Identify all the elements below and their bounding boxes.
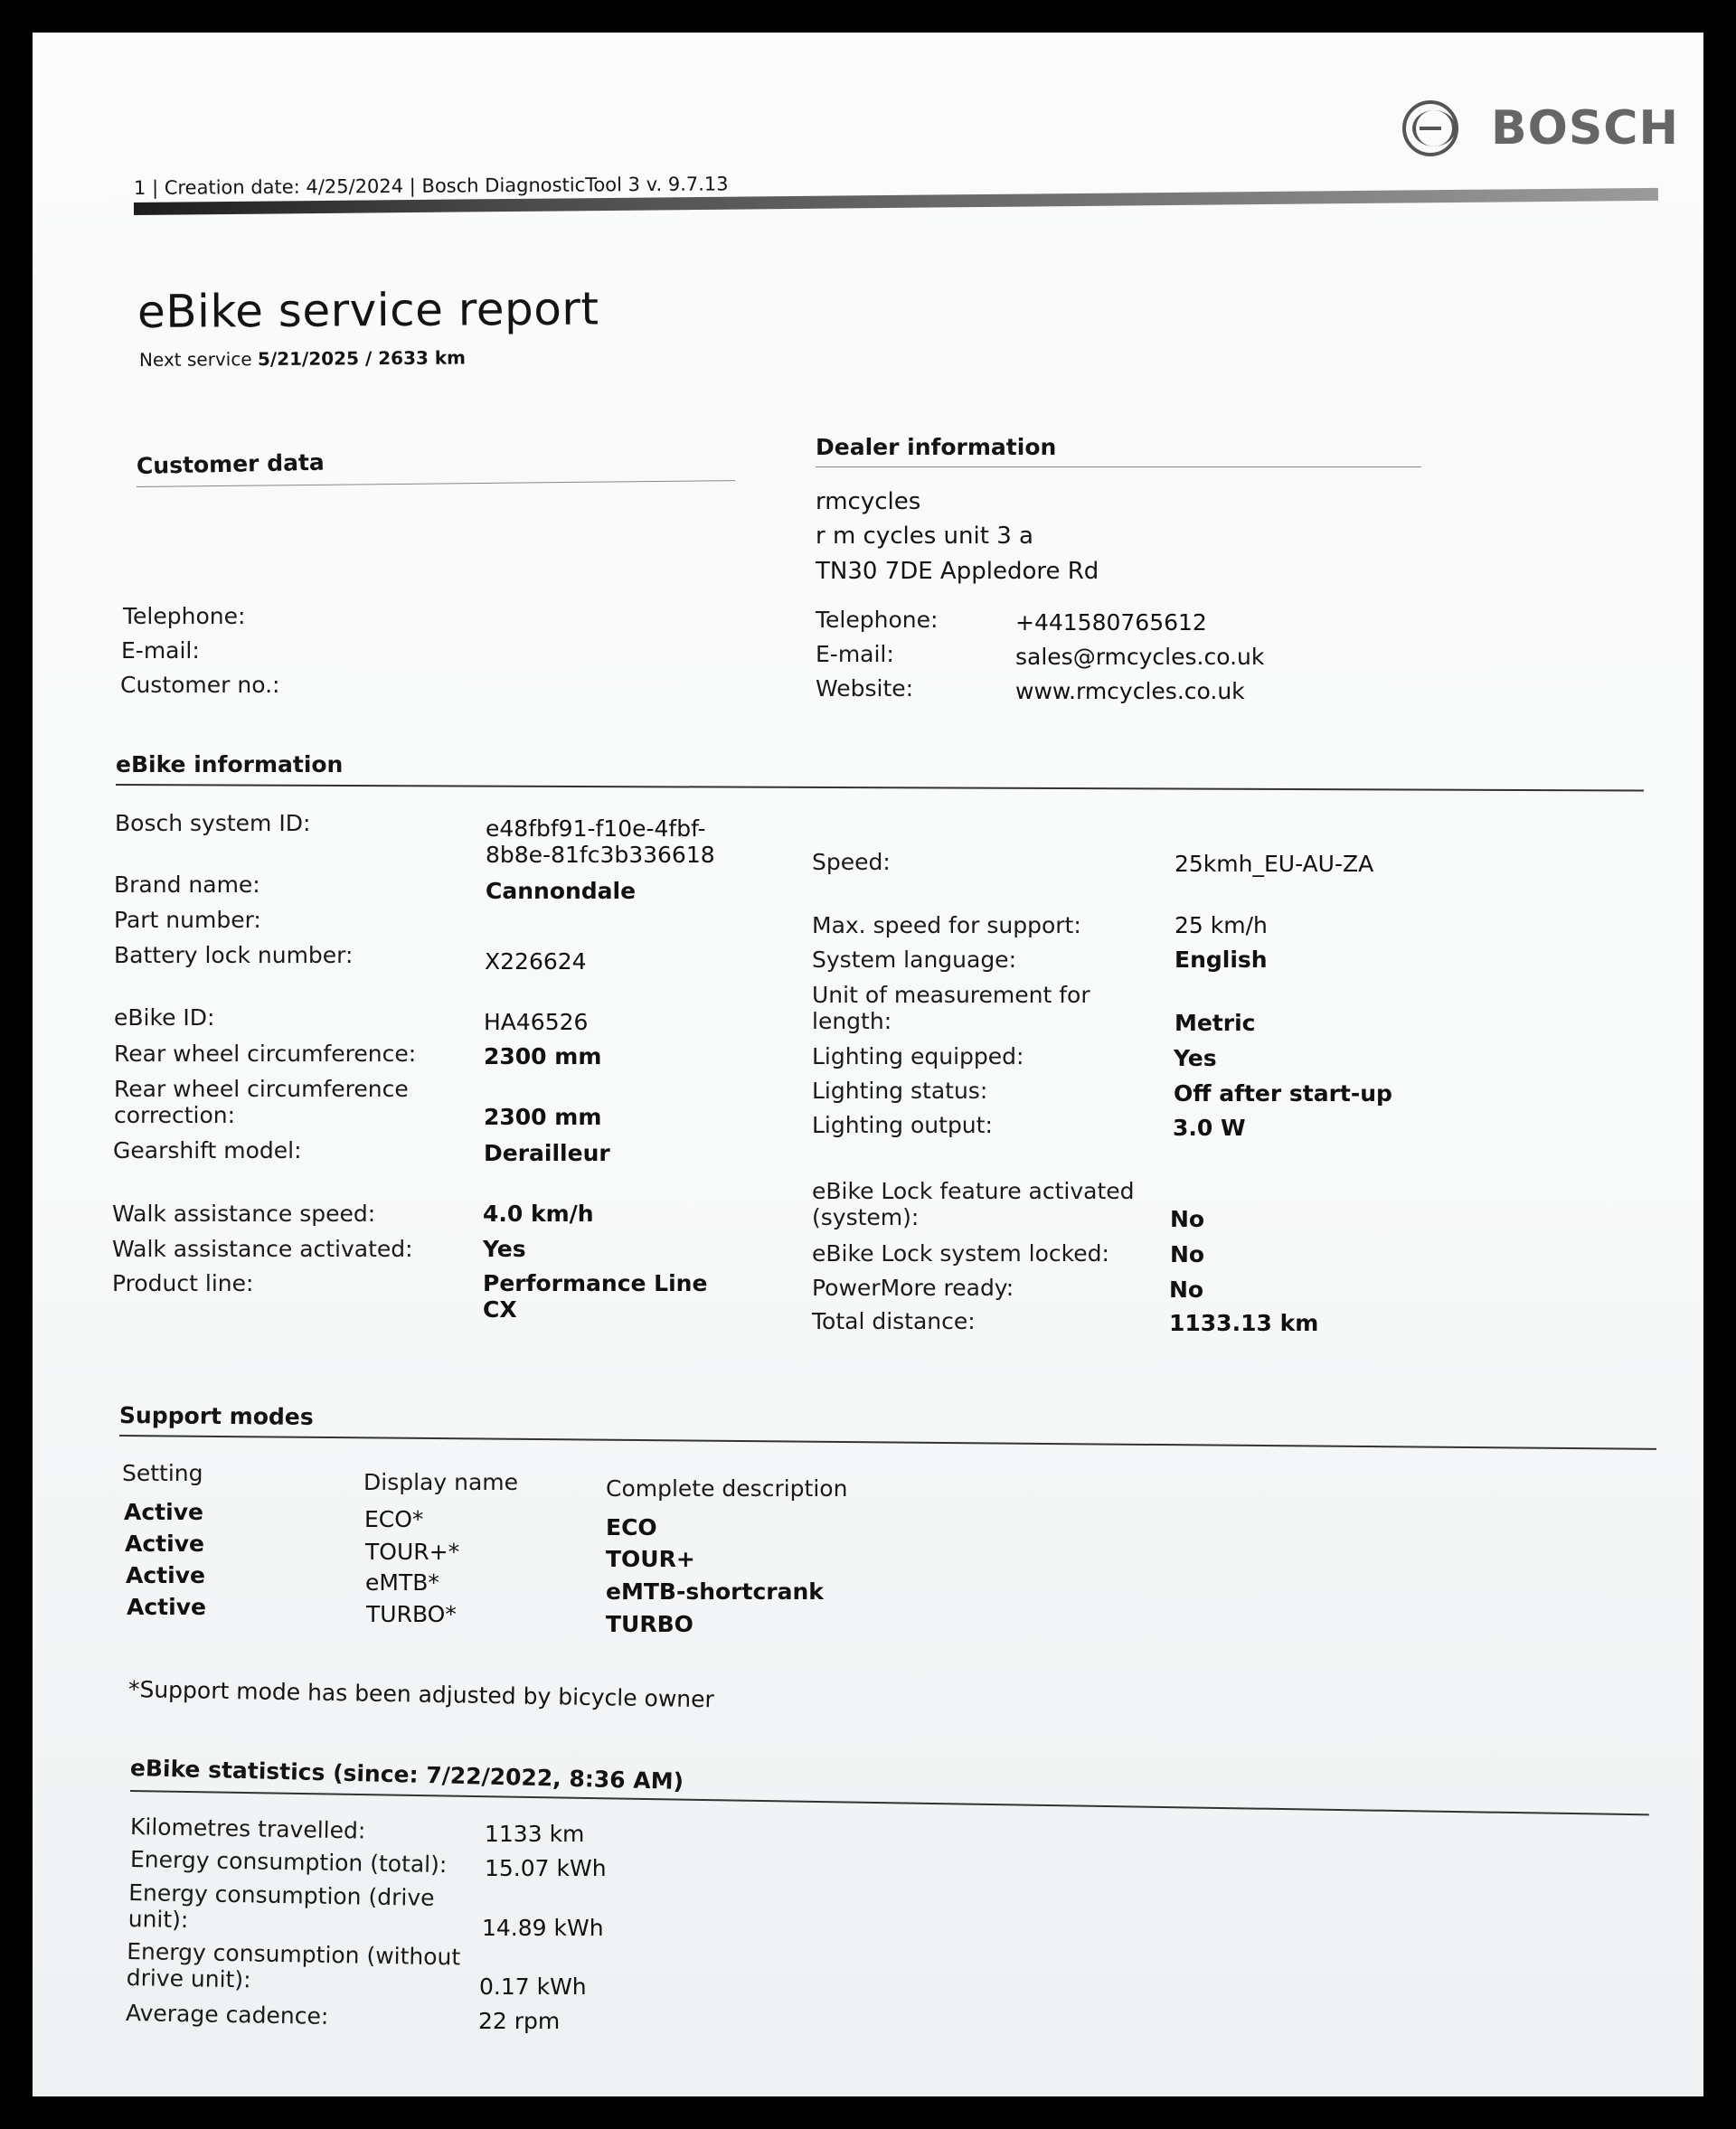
brand-name-value: Cannondale [486, 878, 636, 904]
max-speed-support-label: Max. speed for support: [812, 912, 1081, 938]
gearshift-model-label: Gearshift model: [113, 1137, 302, 1163]
ebike-lock-locked-value: No [1170, 1241, 1204, 1267]
support-modes-heading: Support modes [119, 1402, 314, 1430]
customer-email-label: E-mail: [121, 637, 200, 664]
energy-drive-unit-value: 14.89 kWh [482, 1915, 604, 1941]
statistics-heading: eBike statistics (since: 7/22/2022, 8:36… [130, 1755, 684, 1795]
lighting-status-value: Off after start-up [1174, 1080, 1392, 1107]
dealer-website-value[interactable]: www.rmcycles.co.uk [1015, 678, 1245, 704]
statistics-rule [130, 1790, 1649, 1815]
max-speed-support-value: 25 km/h [1175, 912, 1268, 938]
lighting-output-label: Lighting output: [812, 1112, 993, 1138]
dealer-telephone-value[interactable]: +441580765612 [1015, 609, 1207, 636]
product-line-value: Performance Line CX [483, 1270, 709, 1323]
average-cadence-value: 22 rpm [478, 2008, 560, 2034]
column-header-display-name: Display name [363, 1469, 518, 1495]
mode-description: TURBO [606, 1611, 693, 1637]
average-cadence-label: Average cadence: [126, 2000, 329, 2030]
mode-display-name: TURBO* [366, 1601, 457, 1627]
brand-name: BOSCH [1491, 101, 1679, 155]
dealer-info-rule [816, 466, 1421, 467]
speed-value: 25kmh_EU-AU-ZA [1175, 851, 1373, 877]
energy-drive-unit-label: Energy consumption (drive unit): [127, 1879, 436, 1937]
ebike-lock-activated-value: No [1170, 1206, 1204, 1232]
lighting-equipped-label: Lighting equipped: [812, 1043, 1024, 1069]
next-service-label: Next service [139, 348, 252, 371]
support-modes-rule [119, 1435, 1656, 1450]
energy-without-drive-unit-label: Energy consumption (without drive unit): [126, 1938, 470, 1997]
battery-lock-number-label: Battery lock number: [114, 942, 353, 968]
dealer-address-line2: TN30 7DE Appledore Rd [816, 558, 1099, 585]
ebike-id-value: HA46526 [484, 1009, 588, 1035]
ebike-lock-locked-label: eBike Lock system locked: [812, 1240, 1109, 1267]
system-language-label: System language: [812, 947, 1016, 973]
battery-lock-number-value: X226624 [485, 948, 587, 975]
dealer-info-heading: Dealer information [816, 434, 1056, 460]
rear-wheel-correction-value: 2300 mm [484, 1104, 601, 1130]
dealer-email-value[interactable]: sales@rmcycles.co.uk [1015, 644, 1264, 670]
mode-description: ECO [606, 1514, 657, 1540]
lighting-status-label: Lighting status: [812, 1078, 987, 1104]
bosch-system-id-value: e48fbf91-f10e-4fbf-8b8e-81fc3b336618 [486, 815, 748, 868]
rear-wheel-correction-label: Rear wheel circumference correction: [114, 1076, 421, 1128]
walk-assistance-speed-value: 4.0 km/h [483, 1201, 594, 1227]
unit-of-measurement-label: Unit of measurement for length: [812, 982, 1101, 1034]
service-report-page: BOSCH 1 | Creation date: 4/25/2024 | Bos… [33, 33, 1703, 2096]
energy-total-label: Energy consumption (total): [130, 1846, 448, 1878]
customer-telephone-label: Telephone: [123, 603, 245, 629]
customer-data-rule [137, 480, 735, 487]
kilometres-travelled-label: Kilometres travelled: [130, 1813, 366, 1844]
mode-setting: Active [125, 1531, 204, 1557]
powermore-ready-value: No [1169, 1276, 1203, 1303]
energy-without-drive-unit-value: 0.17 kWh [479, 1974, 587, 2000]
bosch-system-id-label: Bosch system ID: [115, 810, 310, 836]
kilometres-travelled-value: 1133 km [485, 1821, 584, 1847]
lighting-output-value: 3.0 W [1173, 1115, 1246, 1141]
dealer-address-line1: r m cycles unit 3 a [816, 523, 1033, 550]
powermore-ready-label: PowerMore ready: [812, 1275, 1014, 1301]
mode-description: TOUR+ [606, 1546, 695, 1572]
bosch-armature-logo-icon [1402, 100, 1458, 156]
mode-display-name: TOUR+* [365, 1539, 459, 1565]
energy-total-value: 15.07 kWh [485, 1855, 607, 1881]
ebike-info-heading: eBike information [116, 751, 343, 777]
ebike-id-label: eBike ID: [114, 1004, 214, 1031]
brand-name-label: Brand name: [114, 871, 260, 898]
part-number-label: Part number: [114, 907, 261, 933]
mode-setting: Active [127, 1594, 206, 1620]
unit-of-measurement-value: Metric [1175, 1010, 1256, 1036]
dealer-email-label: E-mail: [816, 641, 894, 667]
page-title: eBike service report [137, 282, 599, 338]
total-distance-value: 1133.13 km [1169, 1310, 1318, 1336]
customer-data-heading: Customer data [137, 449, 325, 479]
customer-number-label: Customer no.: [120, 672, 279, 698]
mode-display-name: eMTB* [365, 1569, 439, 1596]
walk-assistance-speed-label: Walk assistance speed: [112, 1201, 375, 1227]
column-header-description: Complete description [606, 1475, 847, 1502]
speed-label: Speed: [812, 849, 891, 875]
walk-assistance-activated-value: Yes [483, 1236, 526, 1262]
lighting-equipped-value: Yes [1174, 1045, 1217, 1071]
system-language-value: English [1175, 947, 1268, 973]
total-distance-label: Total distance: [812, 1308, 976, 1334]
bosch-logo: BOSCH [1402, 100, 1679, 156]
ebike-info-rule [116, 784, 1644, 791]
next-service: Next service 5/21/2025 / 2633 km [139, 346, 466, 371]
dealer-name: rmcycles [816, 488, 920, 515]
dealer-telephone-label: Telephone: [816, 607, 938, 633]
support-modes-footnote: *Support mode has been adjusted by bicyc… [128, 1676, 714, 1712]
rear-wheel-circumference-value: 2300 mm [484, 1043, 601, 1069]
report-meta-line: 1 | Creation date: 4/25/2024 | Bosch Dia… [134, 173, 729, 199]
mode-setting: Active [124, 1499, 203, 1525]
product-line-label: Product line: [112, 1270, 253, 1296]
rear-wheel-circumference-label: Rear wheel circumference: [114, 1041, 416, 1067]
gearshift-model-value: Derailleur [484, 1140, 610, 1166]
dealer-website-label: Website: [816, 675, 913, 702]
mode-setting: Active [126, 1562, 205, 1588]
walk-assistance-activated-label: Walk assistance activated: [112, 1236, 413, 1262]
next-service-value: 5/21/2025 / 2633 km [258, 346, 466, 370]
mode-description: eMTB-shortcrank [606, 1578, 824, 1605]
ebike-lock-activated-label: eBike Lock feature activated (system): [812, 1178, 1137, 1230]
column-header-setting: Setting [122, 1460, 203, 1486]
mode-display-name: ECO* [364, 1506, 423, 1532]
